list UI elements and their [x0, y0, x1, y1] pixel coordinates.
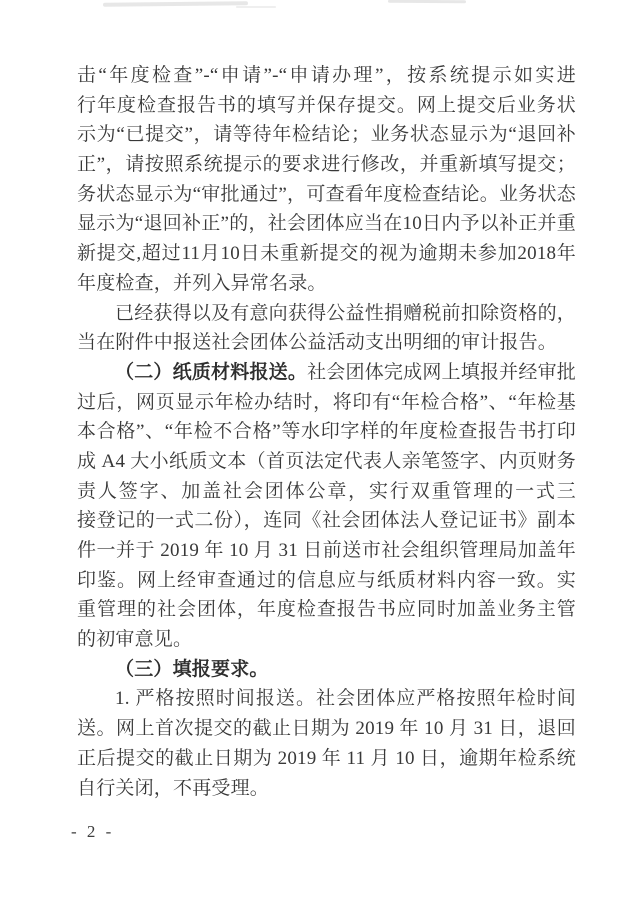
scan-smudge [236, 6, 276, 8]
line-text: 新提交,超过11月10日未重新提交的视为逾期未参加2018年度 [77, 243, 576, 269]
line-text: 本合格”、“年检不合格”等水印字样的年度检查报告书打印 [77, 421, 576, 442]
line-text: 务状态显示为“审批通过”，可查看年度检查结论。业务状态 [77, 184, 576, 205]
line-text: 正后提交的截止日期为 2019 年 11 月 10 日，逾期年检系统将 [77, 748, 576, 774]
line-text: 接登记的一式二份），连同《社会团体法人登记证书》副本原 [77, 510, 576, 536]
line-text: 1. 严格按照时间报送。社会团体应严格按照年检时间报 [77, 688, 576, 714]
document-line: 的初审意见。 [77, 625, 576, 655]
document-line: 过后，网页显示年检办结时，将印有“年检合格”、“年检基 [77, 388, 576, 418]
line-text: 年度检查，并列入异常名录。 [77, 273, 327, 294]
line-text: 重管理的社会团体，年度检查报告书应同时加盖业务主管单位 [77, 599, 576, 625]
line-text: 印鉴。网上经审查通过的信息应与纸质材料内容一致。实行双 [77, 570, 576, 596]
line-text: 送。网上首次提交的截止日期为 2019 年 10 月 31 日，退回补 [77, 718, 576, 744]
line-text: 过后，网页显示年检办结时，将印有“年检合格”、“年检基 [77, 392, 576, 413]
document-line: 重管理的社会团体，年度检查报告书应同时加盖业务主管单位 [77, 595, 576, 625]
document-page: 击“年度检查”-“申请”-“申请办理”，按系统提示如实进 行年度检查报告书的填写… [0, 0, 634, 904]
document-body: 击“年度检查”-“申请”-“申请办理”，按系统提示如实进 行年度检查报告书的填写… [77, 61, 576, 803]
document-line: 送。网上首次提交的截止日期为 2019 年 10 月 31 日，退回补 [77, 714, 576, 744]
document-line: 正”，请按照系统提示的要求进行修改，并重新填写提交；业 [77, 150, 576, 180]
line-text: 的初审意见。 [77, 629, 192, 650]
line-text: 已经获得以及有意向获得公益性捐赠税前扣除资格的，应 [77, 303, 576, 329]
document-line: 自行关闭，不再受理。 [77, 774, 576, 804]
document-line: 正后提交的截止日期为 2019 年 11 月 10 日，逾期年检系统将 [77, 744, 576, 774]
line-text: 击“年度检查”-“申请”-“申请办理”，按系统提示如实进 [77, 65, 576, 86]
scan-smudge [388, 0, 466, 3]
document-line: 年度检查，并列入异常名录。 [77, 269, 576, 299]
page-number: - 2 - [71, 822, 114, 842]
document-line: 务状态显示为“审批通过”，可查看年度检查结论。业务状态 [77, 180, 576, 210]
document-line: 已经获得以及有意向获得公益性捐赠税前扣除资格的，应 [77, 299, 576, 329]
document-line: 行年度检查报告书的填写并保存提交。网上提交后业务状态显 [77, 91, 576, 121]
document-line: 件一并于 2019 年 10 月 31 日前送市社会组织管理局加盖年检 [77, 536, 576, 566]
document-line: （三）填报要求。 [77, 655, 576, 685]
document-line: 本合格”、“年检不合格”等水印字样的年度检查报告书打印 [77, 417, 576, 447]
line-text: 件一并于 2019 年 10 月 31 日前送市社会组织管理局加盖年检 [77, 540, 576, 566]
line-text: 成 A4 大小纸质文本（首页法定代表人亲笔签字、内页财务负 [77, 451, 576, 477]
document-line: 当在附件中报送社会团体公益活动支出明细的审计报告。 [77, 328, 576, 358]
document-line: 显示为“退回补正”的，社会团体应当在10日内予以补正并重 [77, 209, 576, 239]
scan-smudge [103, 1, 248, 7]
line-text: 责人签字、加盖社会团体公章，实行双重管理的一式三份、直 [77, 481, 576, 507]
document-line: （二）纸质材料报送。社会团体完成网上填报并经审批通 [77, 358, 576, 388]
line-text: 自行关闭，不再受理。 [77, 778, 269, 799]
section-heading: （二）纸质材料报送。 [115, 362, 307, 383]
line-text: 示为“已提交”，请等待年检结论；业务状态显示为“退回补 [77, 124, 576, 145]
document-line: 成 A4 大小纸质文本（首页法定代表人亲笔签字、内页财务负 [77, 447, 576, 477]
document-line: 1. 严格按照时间报送。社会团体应严格按照年检时间报 [77, 684, 576, 714]
line-text: 显示为“退回补正”的，社会团体应当在10日内予以补正并重 [77, 213, 576, 234]
line-text: 行年度检查报告书的填写并保存提交。网上提交后业务状态显 [77, 95, 576, 121]
document-line: 责人签字、加盖社会团体公章，实行双重管理的一式三份、直 [77, 477, 576, 507]
document-line: 示为“已提交”，请等待年检结论；业务状态显示为“退回补 [77, 120, 576, 150]
document-line: 新提交,超过11月10日未重新提交的视为逾期未参加2018年度 [77, 239, 576, 269]
document-line: 印鉴。网上经审查通过的信息应与纸质材料内容一致。实行双 [77, 566, 576, 596]
document-line: 击“年度检查”-“申请”-“申请办理”，按系统提示如实进 [77, 61, 576, 91]
document-line: 接登记的一式二份），连同《社会团体法人登记证书》副本原 [77, 506, 576, 536]
section-heading: （三）填报要求。 [115, 659, 269, 680]
line-text: 当在附件中报送社会团体公益活动支出明细的审计报告。 [77, 332, 557, 353]
line-text: 正”，请按照系统提示的要求进行修改，并重新填写提交；业 [77, 154, 576, 180]
